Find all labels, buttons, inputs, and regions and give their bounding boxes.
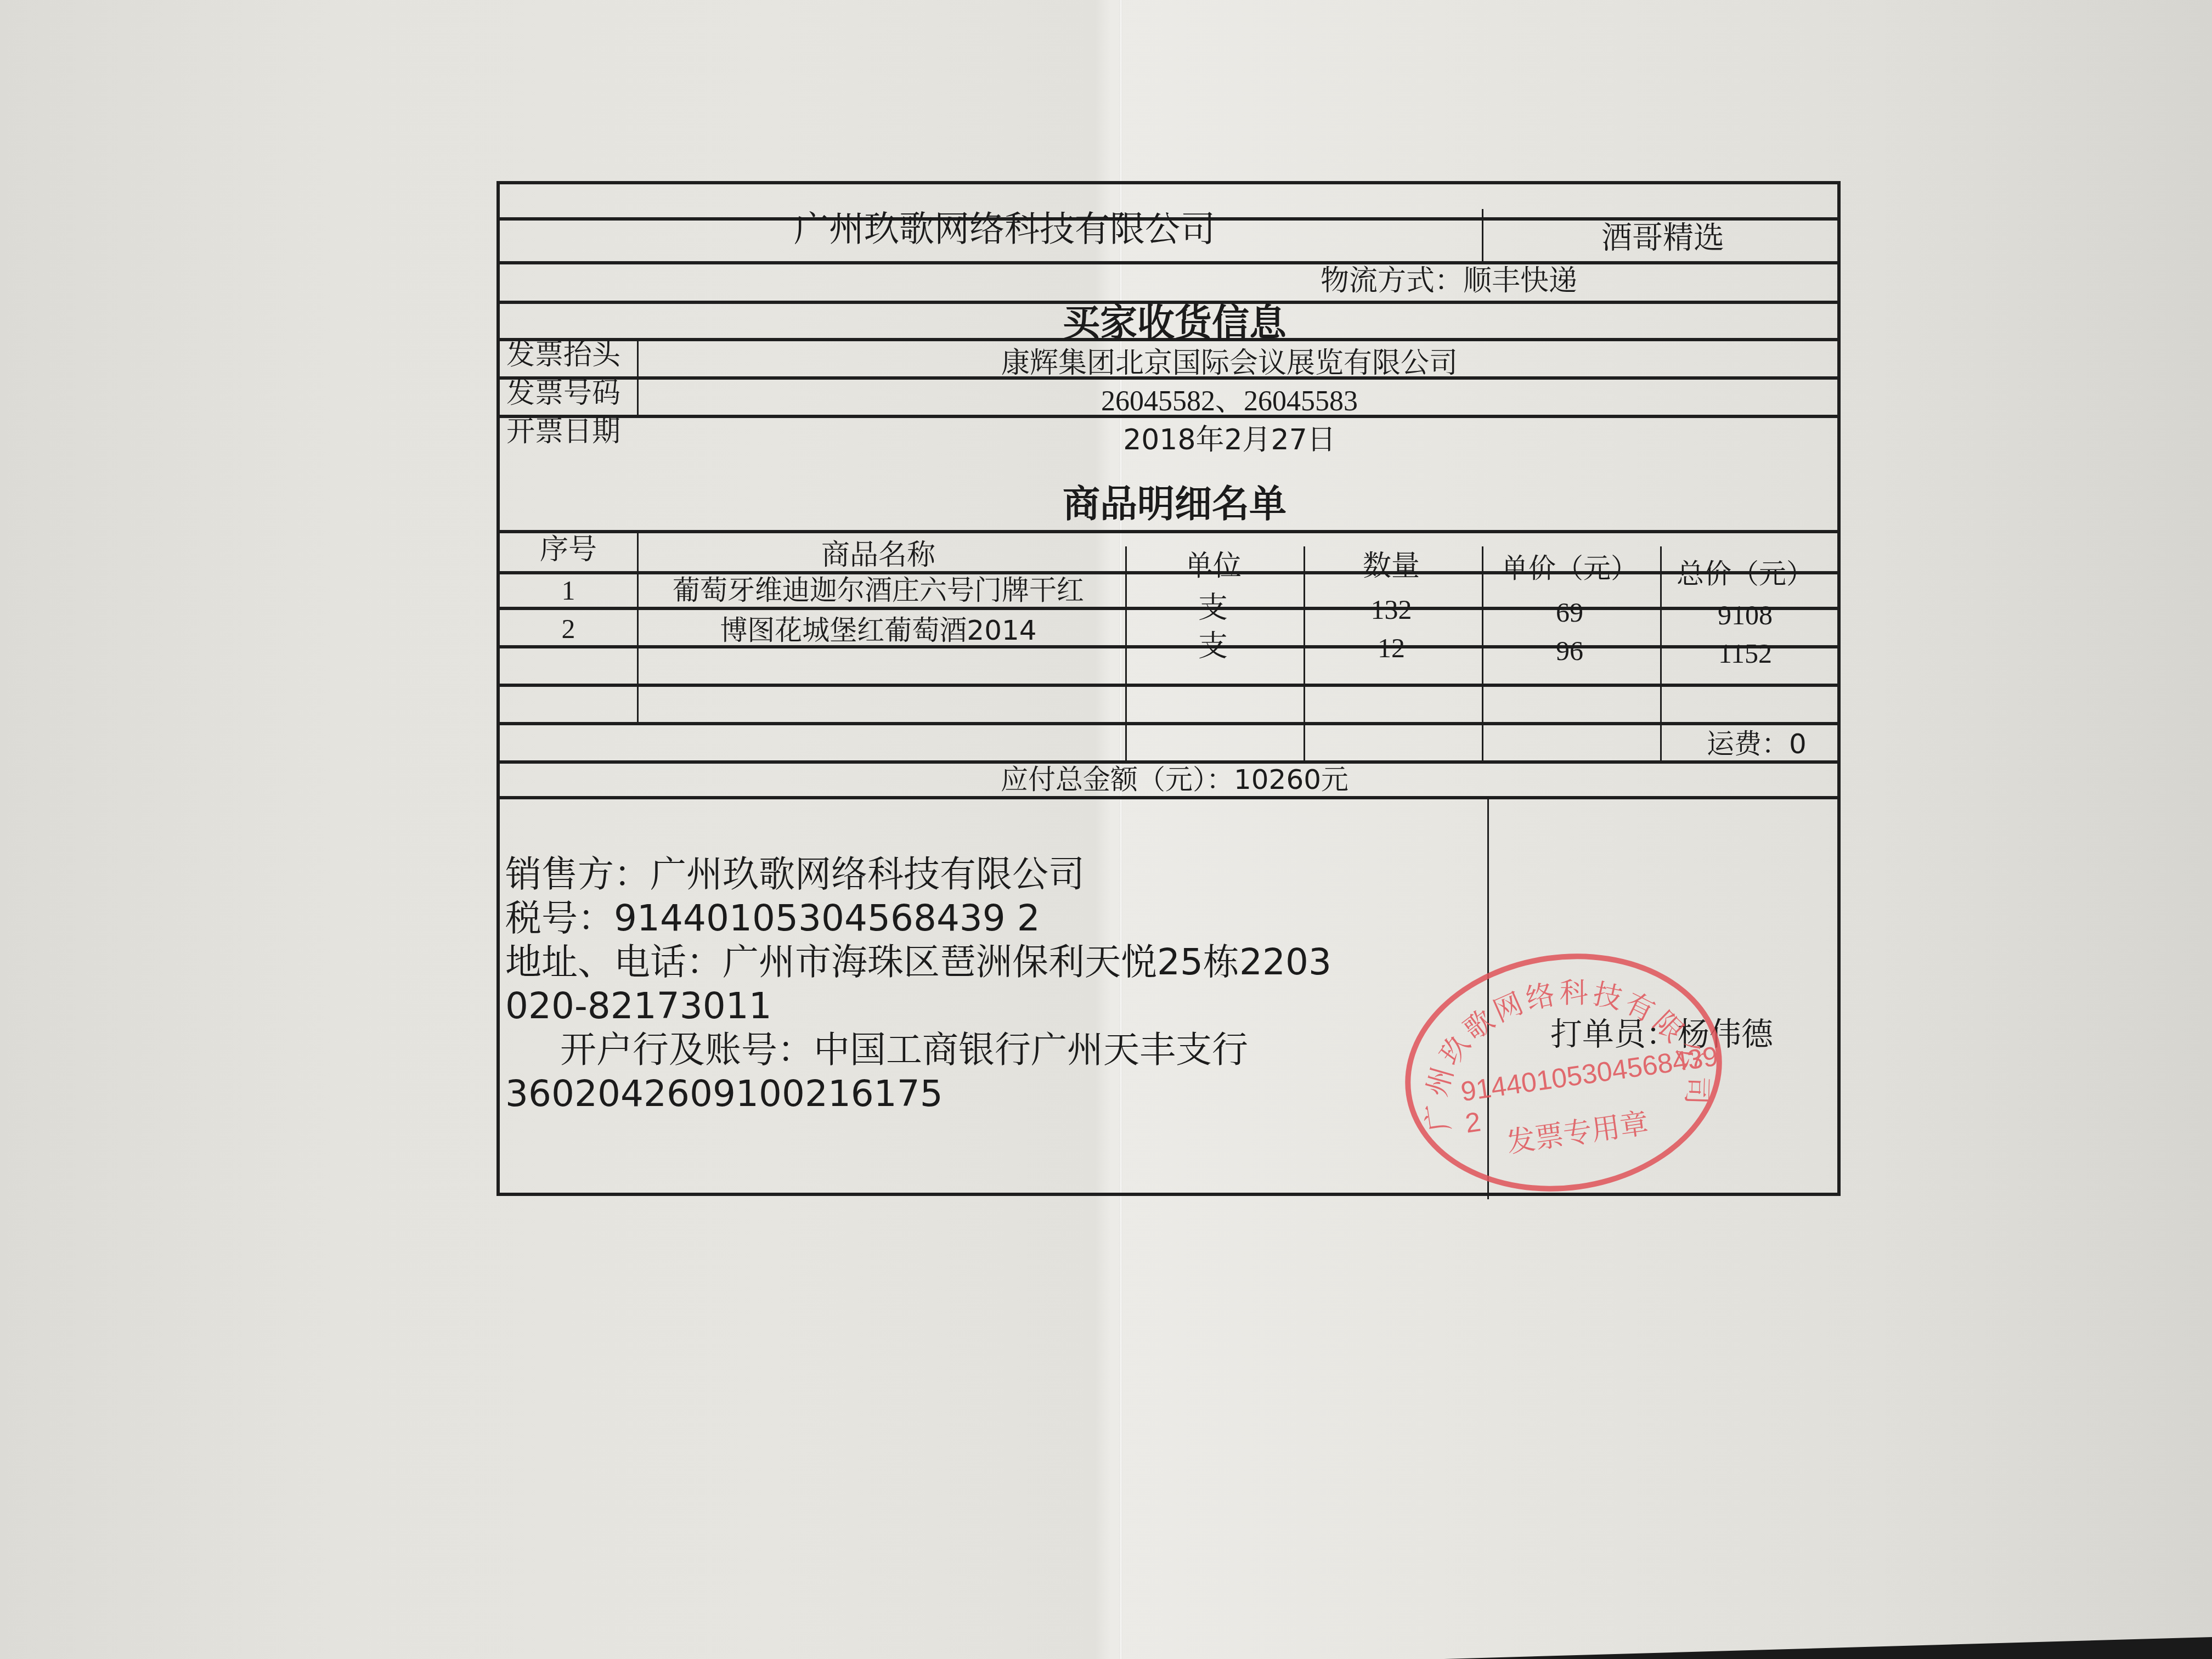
invoice-date-value: 2018年2月27日 [1123, 426, 1336, 454]
row1-unit: 支 [1198, 593, 1228, 623]
row2-qty: 12 [1378, 634, 1405, 662]
invoice-date-label: 开票日期 [506, 417, 620, 446]
seller-tax-number: 税号：91440105304568439 2 [505, 900, 1040, 936]
seller-name: 销售方：广州玖歌网络科技有限公司 [505, 856, 1085, 893]
col-header-no: 序号 [540, 535, 597, 564]
goods-section-title: 商品明细名单 [1063, 486, 1286, 523]
row1-name: 葡萄牙维迪迦尔酒庄六号门牌干红 [673, 577, 1084, 604]
rule [637, 338, 639, 415]
invoice-number-value: 26045582、26045583 [1101, 387, 1358, 416]
shipping-method: 物流方式：顺丰快递 [1321, 267, 1577, 295]
seller-address: 地址、电话：广州市海珠区琶洲保利天悦25栋2203 [505, 944, 1331, 980]
rule [1482, 209, 1483, 264]
row2-total: 1152 [1718, 640, 1772, 667]
rule [500, 645, 1837, 648]
seller-phone: 020-82173011 [505, 988, 772, 1024]
rule [500, 684, 1837, 687]
rule [500, 796, 1837, 799]
col-header-name: 商品名称 [821, 541, 935, 569]
seller-bank: 开户行及账号：中国工商银行广州天丰支行 [560, 1032, 1248, 1068]
col-header-qty: 数量 [1363, 552, 1420, 580]
brand-label: 酒哥精选 [1601, 223, 1724, 253]
rule [1482, 546, 1483, 760]
freight-value: 运费：0 [1707, 730, 1807, 758]
row2-unit: 支 [1198, 631, 1228, 661]
invoice-title-value: 康辉集团北京国际会议展览有限公司 [1001, 349, 1458, 377]
seller-account: 3602042609100216175 [505, 1076, 943, 1112]
company-title: 广州玖歌网络科技有限公司 [794, 212, 1215, 247]
rule [1304, 546, 1305, 760]
row2-price: 96 [1556, 637, 1583, 664]
rule [1660, 546, 1662, 760]
invoice-number-label: 发票号码 [506, 379, 620, 408]
grand-total: 应付总金额（元）：10260元 [1001, 766, 1348, 793]
row2-name: 博图花城堡红葡萄酒2014 [720, 617, 1036, 644]
background-surface [1115, 1637, 2212, 1659]
row1-total: 9108 [1718, 601, 1773, 629]
col-header-total: 总价（元） [1677, 560, 1814, 588]
buyer-section-title: 买家收货信息 [1063, 305, 1286, 342]
row1-price: 69 [1556, 599, 1583, 626]
rule [500, 607, 1837, 610]
rule [500, 530, 1837, 533]
rule [500, 722, 1837, 725]
rule [637, 530, 639, 722]
rule [500, 261, 1837, 264]
rule [1125, 546, 1127, 760]
row1-qty: 132 [1371, 596, 1412, 623]
row1-no: 1 [562, 577, 575, 604]
col-header-price: 单价（元） [1501, 555, 1638, 582]
col-header-unit: 单位 [1184, 552, 1242, 580]
row2-no: 2 [562, 615, 575, 642]
invoice-title-label: 发票抬头 [506, 341, 620, 369]
